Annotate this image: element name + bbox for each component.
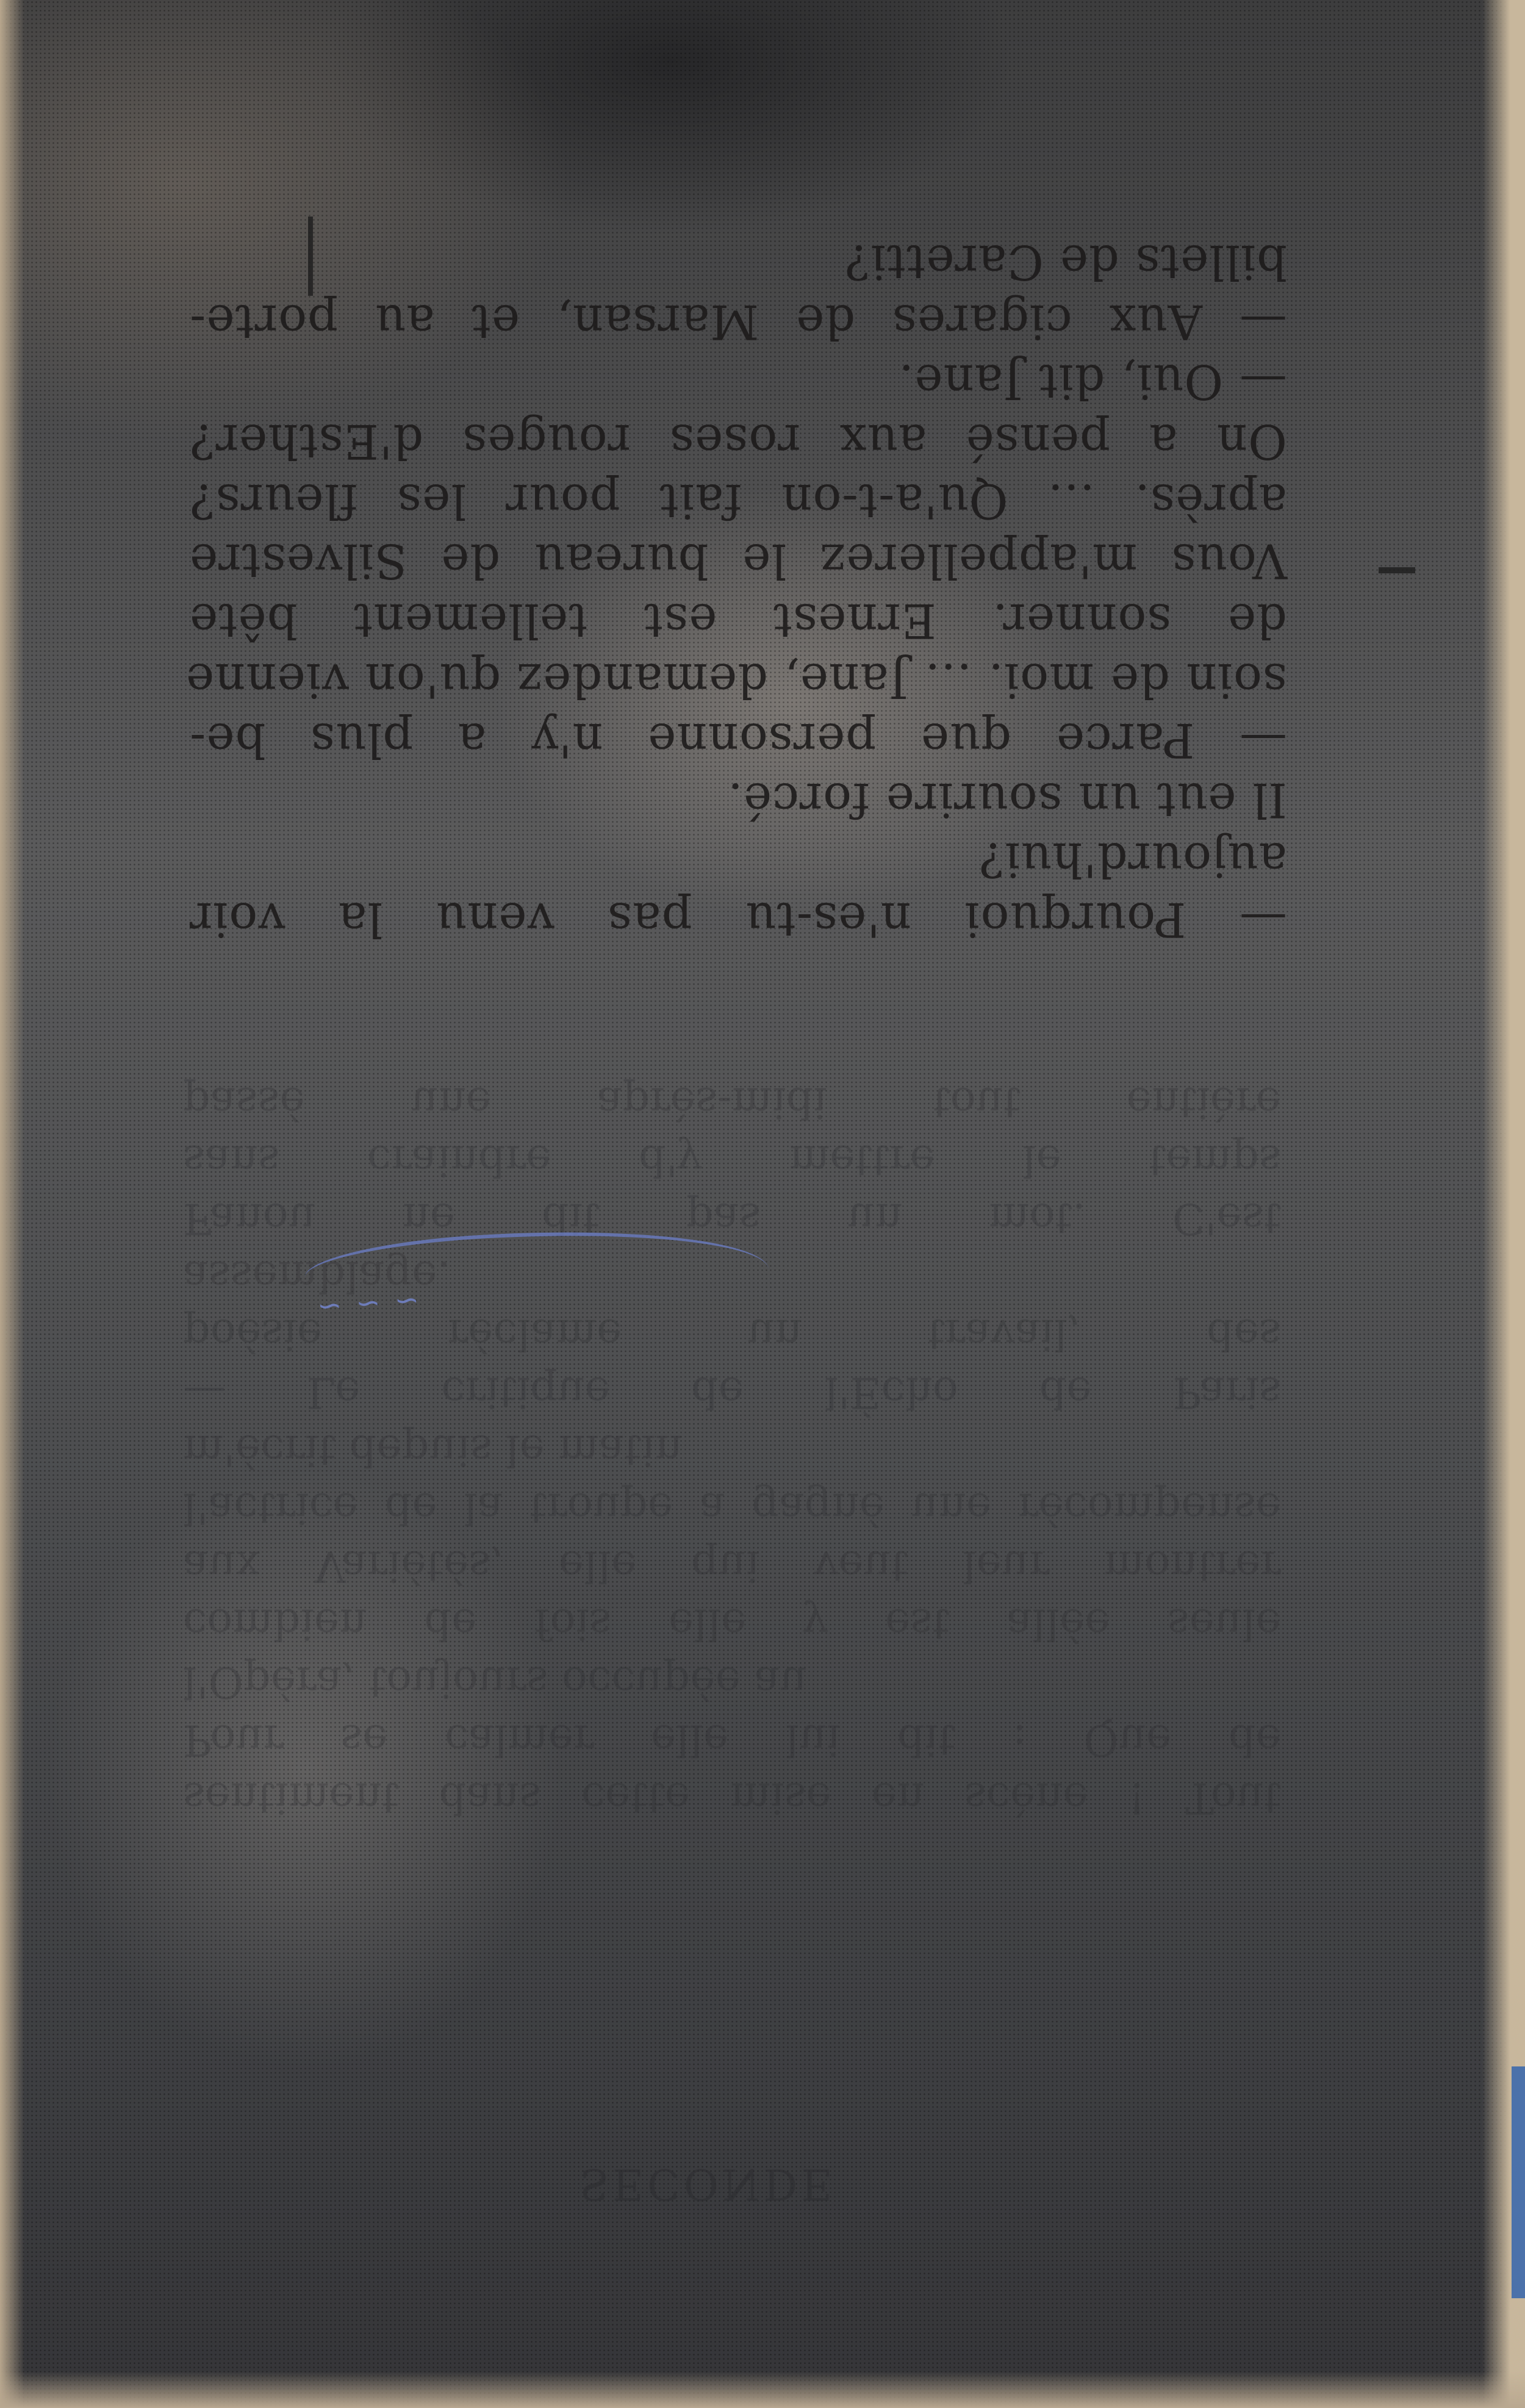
text-line: On a pensé aux roses rouges d'Esther? bbox=[189, 411, 1287, 471]
text-line: — Oui, dit Jane. bbox=[189, 351, 1287, 411]
text-line: Vous m'appellerez le bureau de Silvestre bbox=[189, 531, 1287, 590]
blue-pen-scribble: ~ ~ ~ bbox=[316, 1283, 423, 1325]
text-line: Il eut un sourire forcé. bbox=[189, 770, 1287, 830]
inked-page-photo: — Pourquoi n'es-tu pas venu la voir aujo… bbox=[0, 0, 1525, 2408]
text-line: de sonner. Ernest est tellement bête bbox=[189, 590, 1287, 650]
ghost-line: sans craindre d'y mettre le temps bbox=[183, 1131, 1281, 1189]
text-line: après. … Qu'a-t-on fait pour les fleurs? bbox=[189, 471, 1287, 531]
ink-dash-mark bbox=[1379, 567, 1415, 573]
ghost-line: m'écrit depuis le matin bbox=[183, 1421, 1281, 1479]
chapter-heading-show-through: SECONDE bbox=[579, 2159, 836, 2209]
paper-edge-bottom bbox=[0, 2371, 1525, 2408]
text-line: — Aux cigares de Marsan, et au porte- bbox=[189, 292, 1287, 351]
ghost-line: Fanou ne dit pas un mot. C'est bbox=[183, 1189, 1281, 1247]
text-line: — Pourquoi n'es-tu pas venu la voir bbox=[189, 889, 1287, 949]
upside-down-printed-text: — Pourquoi n'es-tu pas venu la voir aujo… bbox=[189, 232, 1287, 949]
ghost-line: passé une après-midi tout entière bbox=[183, 1073, 1281, 1131]
text-line: aujourd'hui? bbox=[189, 830, 1287, 889]
blue-background-sliver bbox=[1512, 2066, 1525, 2298]
mirrored-show-through-text: sentiment dans cette mise en scène ! Tou… bbox=[183, 1073, 1281, 1827]
text-line: — Parce que personne n'y a plus be- bbox=[189, 710, 1287, 770]
paper-edge-left bbox=[0, 0, 24, 2408]
ghost-line: — Le critique de l'Écho de Paris bbox=[183, 1363, 1281, 1421]
ghost-line: Pour se calmer elle lui dit : Que de bbox=[183, 1711, 1281, 1769]
ghost-line: sentiment dans cette mise en scène ! Tou… bbox=[183, 1769, 1281, 1827]
text-line: soin de moi. … Jane, demandez qu'on vien… bbox=[189, 650, 1287, 710]
ghost-line: aux Variétés, elle qui veut leur montrer bbox=[183, 1537, 1281, 1595]
ghost-line: l'Opéra, toujours occupée au bbox=[183, 1653, 1281, 1711]
ghost-line: combien de fois elle y est allée seule bbox=[183, 1595, 1281, 1653]
ghost-line: l'actrice de la troupe a gagné une récom… bbox=[183, 1479, 1281, 1537]
paper-edge-right bbox=[1482, 0, 1525, 2408]
text-line: billets de Caretti? bbox=[189, 232, 1287, 292]
